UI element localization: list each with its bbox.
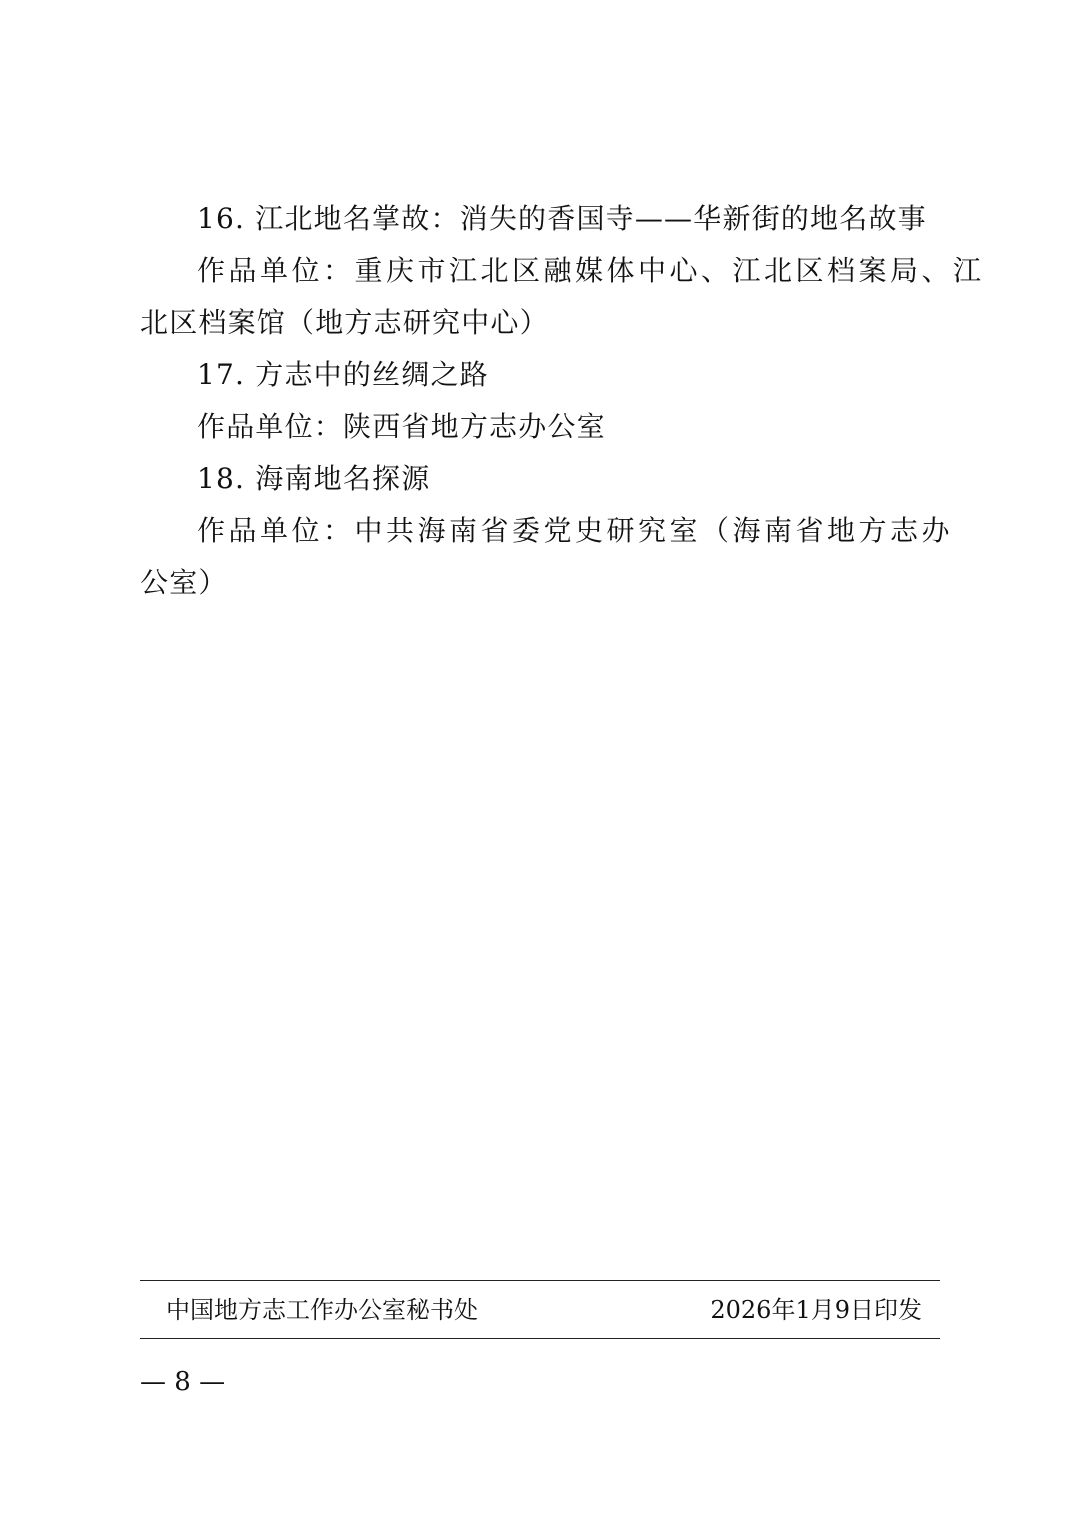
document-page: 16. 江北地名掌故：消失的香国寺——华新街的地名故事 作品单位：重庆市江北区融… — [0, 0, 1080, 1530]
unit-label: 作品单位： — [197, 410, 343, 443]
unit-label: 作品单位： — [197, 514, 355, 547]
entry-title: 江北地名掌故：消失的香国寺——华新街的地名故事 — [255, 202, 927, 235]
footer-bottom-rule — [140, 1338, 940, 1339]
entry-18-unit-line: 作品单位：中共海南省委党史研究室（海南省地方志办 — [197, 505, 940, 557]
unit-label: 作品单位： — [197, 254, 355, 287]
entry-number: 18. — [197, 462, 245, 495]
entry-16-unit-line: 作品单位：重庆市江北区融媒体中心、江北区档案局、江 — [197, 245, 940, 297]
unit-value: 重庆市江北区融媒体中心、江北区档案局、江 — [355, 254, 985, 287]
entry-title: 海南地名探源 — [255, 462, 430, 495]
entry-number: 17. — [197, 358, 245, 391]
unit-value: 陕西省地方志办公室 — [343, 410, 606, 443]
issue-date-text: 2026年1月9日印发 — [710, 1290, 922, 1330]
issuer-text: 中国地方志工作办公室秘书处 — [166, 1290, 478, 1330]
entry-17-unit-line: 作品单位：陕西省地方志办公室 — [197, 401, 940, 453]
unit-value: 中共海南省委党史研究室（海南省地方志办 — [355, 514, 954, 547]
footer-top-rule — [140, 1280, 940, 1281]
entry-number: 16. — [197, 202, 245, 235]
entry-17-title-line: 17. 方志中的丝绸之路 — [197, 349, 940, 401]
entry-18-title-line: 18. 海南地名探源 — [197, 453, 940, 505]
entry-16-title-line: 16. 江北地名掌故：消失的香国寺——华新街的地名故事 — [197, 193, 940, 245]
entry-16-unit-continuation: 北区档案馆（地方志研究中心） — [140, 297, 940, 349]
entry-18-unit-continuation: 公室） — [140, 557, 940, 609]
page-number: — 8 — — [140, 1362, 225, 1402]
entry-title: 方志中的丝绸之路 — [255, 358, 489, 391]
